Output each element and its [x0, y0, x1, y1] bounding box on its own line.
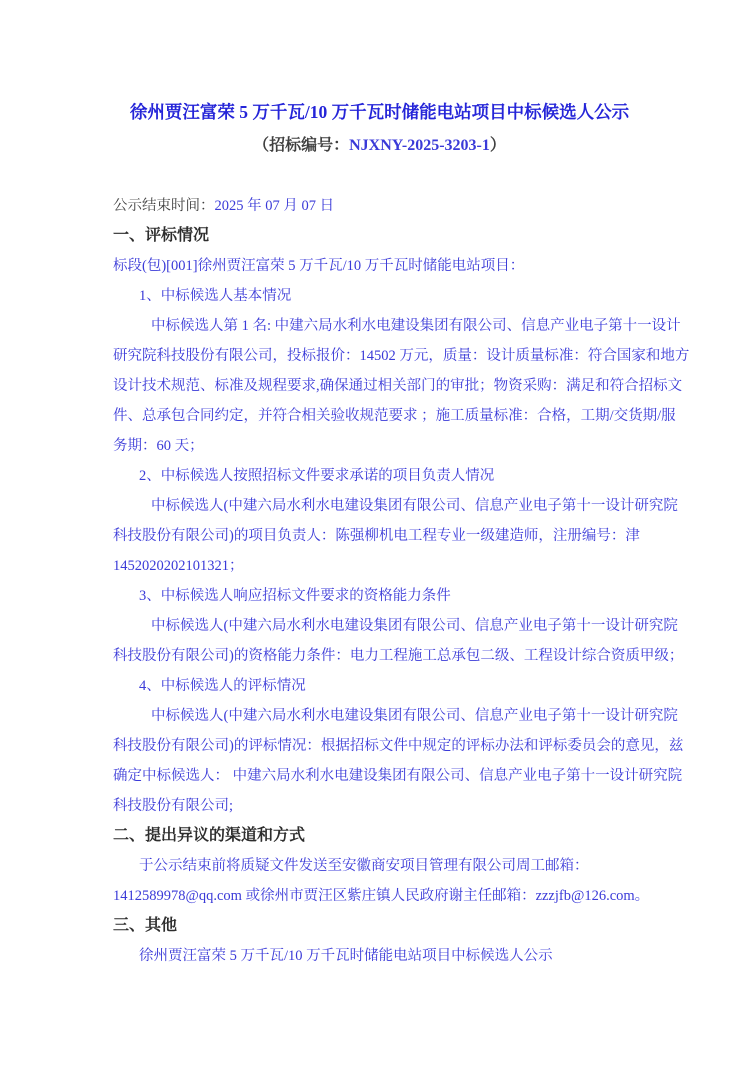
text-line: 标段(包)[001]徐州贾汪富荣 5 万千瓦/10 万千瓦时储能电站项目：	[113, 251, 646, 281]
text-line: 科技股份有限公司;	[113, 791, 646, 821]
text-line: 中标候选人(中建六局水利水电建设集团有限公司、信息产业电子第十一设计研究院	[113, 491, 646, 521]
text-line: 1452020202101321；	[113, 551, 646, 581]
text-line: 2、中标候选人按照招标文件要求承诺的项目负责人情况	[113, 461, 646, 491]
text-line: 务期：60 天；	[113, 431, 646, 461]
text-line: 中标候选人(中建六局水利水电建设集团有限公司、信息产业电子第十一设计研究院	[113, 611, 646, 641]
text-line: 设计技术规范、标准及规程要求,确保通过相关部门的审批；物资采购：满足和符合招标文	[113, 371, 646, 401]
text-line: 于公示结束前将质疑文件发送至安徽商安项目管理有限公司周工邮箱：	[113, 851, 646, 881]
section-heading: 三、其他	[113, 911, 646, 941]
publicity-end-label: 公示结束时间：	[113, 198, 215, 214]
text-line: 科技股份有限公司)的评标情况：根据招标文件中规定的评标办法和评标委员会的意见，兹	[113, 731, 646, 761]
document-title: 徐州贾汪富荣 5 万千瓦/10 万千瓦时储能电站项目中标候选人公示	[113, 101, 646, 123]
bid-number-line: （招标编号：NJXNY-2025-3203-1）	[113, 135, 646, 157]
section-heading: 二、提出异议的渠道和方式	[113, 821, 646, 851]
text-line: 1、中标候选人基本情况	[113, 281, 646, 311]
bid-number-value: NJXNY-2025-3203-1	[349, 137, 490, 154]
publicity-end-value: 2025 年 07 月 07 日	[215, 198, 335, 214]
text-line: 科技股份有限公司)的项目负责人：陈强柳机电工程专业一级建造师，注册编号：津	[113, 521, 646, 551]
bid-number-suffix: ）	[490, 137, 506, 154]
bid-number-prefix: （招标编号：	[253, 137, 349, 154]
document-sections: 一、评标情况标段(包)[001]徐州贾汪富荣 5 万千瓦/10 万千瓦时储能电站…	[113, 221, 646, 971]
announcement-document: 徐州贾汪富荣 5 万千瓦/10 万千瓦时储能电站项目中标候选人公示 （招标编号：…	[0, 0, 756, 1074]
text-line: 研究院科技股份有限公司，投标报价：14502 万元，质量：设计质量标准：符合国家…	[113, 341, 646, 371]
text-line: 件、总承包合同约定，并符合相关验收规范要求 ；施工质量标准：合格，工期/交货期/…	[113, 401, 646, 431]
text-line: 1412589978@qq.com 或徐州市贾汪区紫庄镇人民政府谢主任邮箱：zz…	[113, 881, 646, 911]
text-line: 徐州贾汪富荣 5 万千瓦/10 万千瓦时储能电站项目中标候选人公示	[113, 941, 646, 971]
text-line: 4、中标候选人的评标情况	[113, 671, 646, 701]
text-line: 中标候选人第 1 名: 中建六局水利水电建设集团有限公司、信息产业电子第十一设计	[113, 311, 646, 341]
text-line: 中标候选人(中建六局水利水电建设集团有限公司、信息产业电子第十一设计研究院	[113, 701, 646, 731]
text-line: 科技股份有限公司)的资格能力条件：电力工程施工总承包二级、工程设计综合资质甲级；	[113, 641, 646, 671]
text-line: 确定中标候选人： 中建六局水利水电建设集团有限公司、信息产业电子第十一设计研究院	[113, 761, 646, 791]
section-heading: 一、评标情况	[113, 221, 646, 251]
publicity-end-line: 公示结束时间：2025 年 07 月 07 日	[113, 191, 646, 221]
document-body: 公示结束时间：2025 年 07 月 07 日 一、评标情况标段(包)[001]…	[113, 191, 646, 971]
text-line: 3、中标候选人响应招标文件要求的资格能力条件	[113, 581, 646, 611]
